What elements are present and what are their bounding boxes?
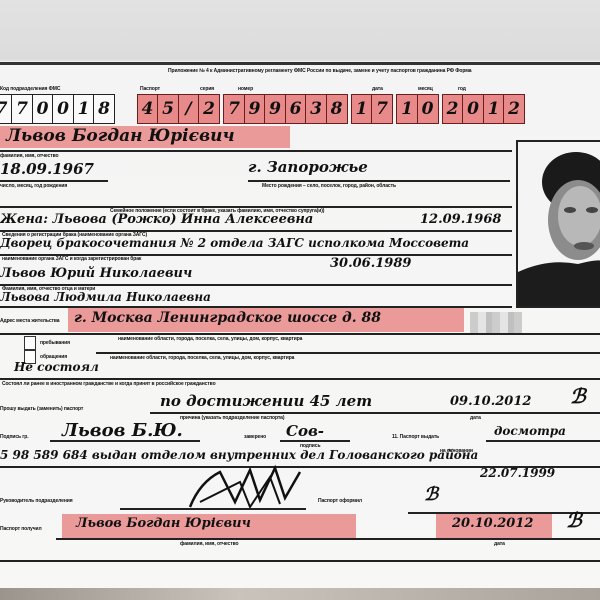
code-cell: / (178, 94, 200, 124)
code-cell: 1 (396, 94, 418, 124)
spouse: Жена: Львова (Рожко) Инна Алексеевна (0, 212, 313, 227)
passport-label: Паспорт (140, 86, 160, 92)
residence-address: г. Москва Ленинградское шоссе д. 88 (74, 310, 381, 326)
scan-edge (0, 588, 600, 600)
marriage-date-caption: наименование органа ЗАГС и когда зарегис… (2, 256, 141, 262)
applicant-name: Львов Богдан Юрієвич (6, 126, 235, 146)
month-label: месяц (418, 86, 433, 92)
checked-signature: Сов- (286, 422, 324, 440)
passport-number-cells: 45/279963817102012 (138, 94, 525, 124)
father-name: Львов Юрий Николаевич (0, 266, 192, 281)
marriage-date: 30.06.1989 (330, 256, 411, 271)
redacted-area (470, 312, 522, 334)
prepared-label: Паспорт оформил (318, 498, 362, 504)
mother-name: Львова Людмила Николаевна (0, 290, 211, 304)
checkbox-stay[interactable] (24, 336, 36, 350)
code-cell: 9 (244, 94, 266, 124)
code-cell: 1 (483, 94, 505, 124)
year-label: год (458, 86, 466, 92)
code-cell: 5 (157, 94, 179, 124)
code-cell: 0 (417, 94, 439, 124)
birth-date-caption: число, месяц, год рождения (0, 183, 67, 189)
reason-caption: причина (указать подразделение паспорта) (180, 415, 284, 421)
application-date: 09.10.2012 (450, 394, 531, 409)
fms-unit-code-cells: 770018 (0, 94, 115, 124)
number-label: номер (238, 86, 253, 92)
code-cell: 6 (285, 94, 307, 124)
checkbox-stay-label: пребывания (40, 340, 70, 346)
code-cell: 0 (462, 94, 484, 124)
code-cell: 7 (11, 94, 33, 124)
checked-label: заверено (244, 434, 266, 440)
code-cell: 8 (326, 94, 348, 124)
code-cell: 1 (351, 94, 373, 124)
spouse-birth-date: 12.09.1968 (420, 212, 501, 227)
previous-passport-date: 22.07.1999 (480, 466, 555, 480)
code-cell: 3 (305, 94, 327, 124)
code-cell: 2 (503, 94, 525, 124)
series-label: серия (200, 86, 214, 92)
applicant-sig-label: Подпись гр. (0, 434, 29, 440)
issue-value: досмотра (494, 424, 566, 438)
name-caption: фамилия, имя, отчество (0, 153, 58, 159)
code-cell: 8 (93, 94, 115, 124)
reason-label: Прошу выдать (заменить) паспорт (0, 406, 83, 412)
code-cell: 4 (137, 94, 159, 124)
passport-application-form: Приложение № 4 к Административному регла… (0, 0, 600, 590)
secondary-address-caption: наименование области, города, поселка, с… (110, 355, 294, 361)
code-cell: 2 (198, 94, 220, 124)
reason: по достижении 45 лет (160, 392, 372, 410)
code-cell: 9 (264, 94, 286, 124)
birth-place: г. Запорожье (248, 158, 368, 176)
date-label: дата (372, 86, 383, 92)
code-cell: 0 (32, 94, 54, 124)
received-caption: фамилия, имя, отчество (180, 541, 238, 547)
previous-passport: 5 98 589 684 выдан отделом внутренних де… (0, 448, 478, 462)
code-cell: 0 (52, 94, 74, 124)
applicant-photo (516, 140, 600, 308)
marriage-record: Дворец бракосочетания № 2 отдела ЗАГС ис… (0, 236, 469, 250)
birth-place-caption: Место рождения – село, поселок, город, р… (262, 183, 396, 189)
citizenship-caption: Состоял ли ранее в иностранном гражданст… (2, 381, 216, 387)
code-cell: 2 (442, 94, 464, 124)
header-note: Приложение № 4 к Административному регла… (168, 68, 471, 74)
stamp-mark: ℬ (570, 384, 586, 408)
fms-unit-label: Код подразделения ФМС (0, 86, 60, 92)
applicant-signature: Львов Б.Ю. (62, 420, 183, 441)
received-label: Паспорт получил (0, 526, 42, 532)
birth-date: 18.09.1967 (0, 160, 94, 178)
top-border (0, 62, 600, 65)
received-signature: ℬ (566, 508, 582, 532)
received-name: Львов Богдан Юрієвич (76, 516, 251, 531)
residence-label: Адрес места жительства (0, 318, 59, 324)
code-cell: 1 (73, 94, 95, 124)
code-cell: 7 (371, 94, 393, 124)
code-cell: 7 (223, 94, 245, 124)
issue-label: 11. Паспорт выдать (392, 434, 439, 440)
received-date: 20.10.2012 (452, 516, 533, 531)
military-status: Не состоял (14, 360, 99, 374)
prepared-signature: ℬ (424, 484, 438, 505)
date-caption: дата (470, 415, 481, 421)
head-signature (180, 462, 320, 512)
head-label: Руководитель подразделения (0, 498, 73, 504)
address-caption: наименование области, города, поселка, с… (118, 336, 302, 342)
received-date-caption: дата (494, 541, 505, 547)
